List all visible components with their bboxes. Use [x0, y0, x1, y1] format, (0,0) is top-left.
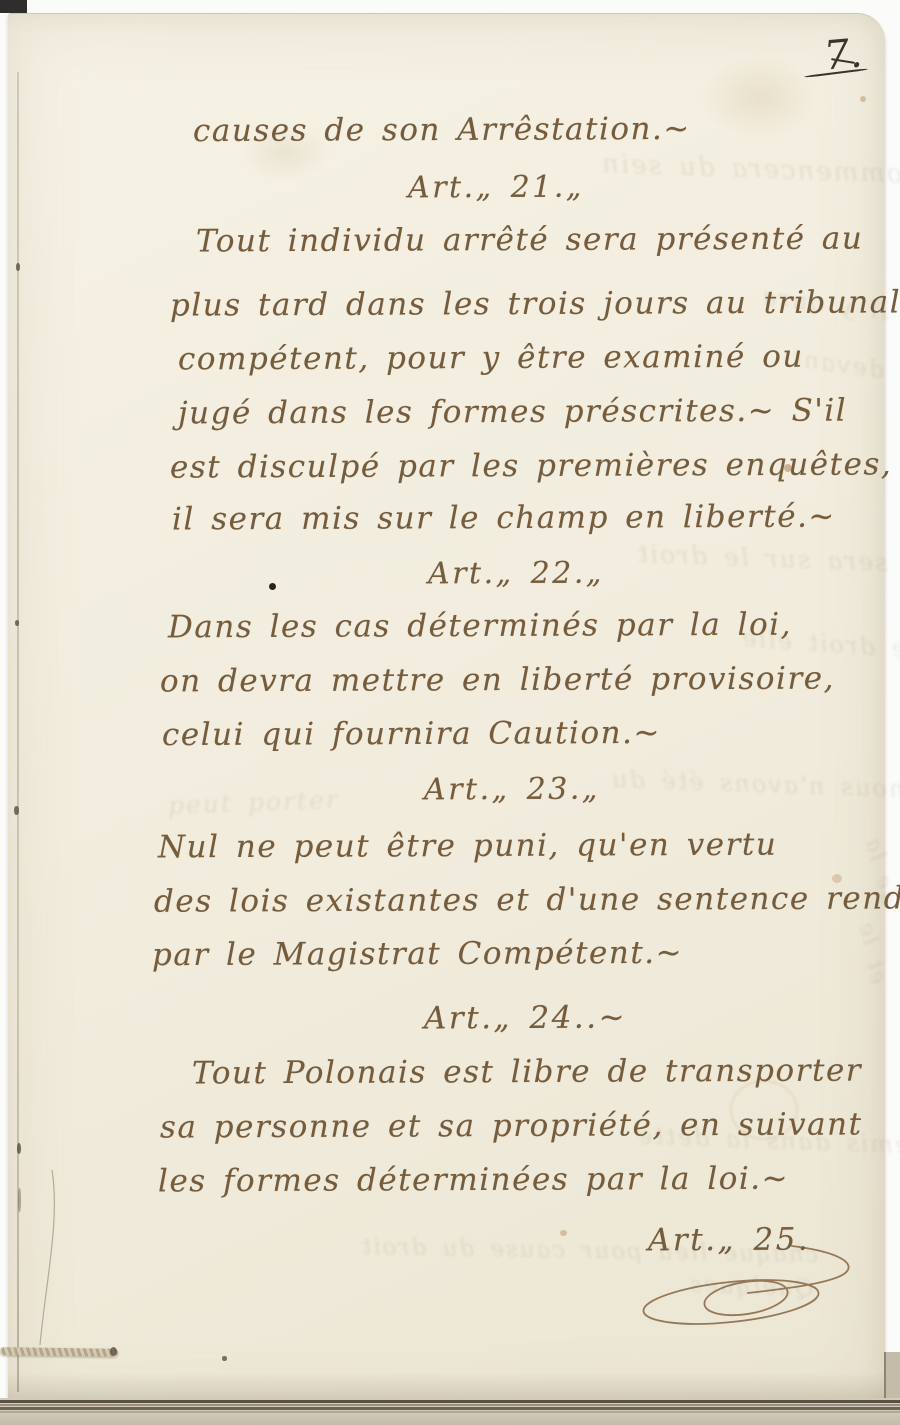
manuscript-line: Tout Polonais est libre de transporter	[192, 1053, 862, 1092]
article-heading: Art.„ 22.„	[428, 556, 604, 592]
binding-thread	[0, 1347, 118, 1357]
article-heading: Art.„ 25.	[648, 1222, 810, 1259]
stack-edge-line	[0, 1404, 900, 1406]
manuscript-line: causes de son Arrêstation.~	[193, 111, 691, 149]
manuscript-photo: 7. causes de son Arrêstation.~Art.„ 21.„…	[0, 0, 900, 1425]
manuscript-line: on devra mettre en liberté provisoire,	[160, 661, 835, 700]
manuscript-line: jugé dans les formes préscrites.~ S'il	[178, 393, 847, 432]
manuscript-line: les formes déterminées par la loi.~	[158, 1161, 789, 1200]
manuscript-line: plus tard dans les trois jours au tribun…	[170, 284, 900, 323]
stack-edge-line	[0, 1414, 900, 1425]
gutter-speck	[14, 806, 19, 815]
manuscript-line: celui qui fournira Caution.~	[162, 715, 661, 753]
manuscript-line: compétent, pour y être examiné ou	[178, 339, 804, 378]
binding-corner	[0, 0, 27, 13]
article-heading: Art.„ 23.„	[424, 772, 600, 808]
stack-edge-line	[0, 1411, 900, 1413]
article-heading: Art.„ 21.„	[408, 170, 584, 206]
stack-edge-line	[0, 1407, 900, 1410]
manuscript-line: sa personne et sa propriété, en suivant	[160, 1106, 863, 1145]
thread-hole	[110, 1347, 117, 1356]
article-heading: Art.„ 24..~	[424, 1000, 627, 1037]
loose-fibre	[20, 1160, 100, 1360]
manuscript-line: Nul ne peut être puni, qu'en vertu	[158, 827, 777, 866]
manuscript-line: Dans les cas déterminés par la loi,	[168, 607, 792, 646]
stack-edge-line	[0, 1400, 900, 1403]
gutter-speck	[15, 620, 19, 626]
manuscript-line: par le Magistrat Compétent.~	[152, 935, 683, 973]
manuscript-line: des lois existantes et d'une sentence re…	[154, 880, 900, 919]
bleedthrough-text: peut porter	[168, 785, 341, 820]
manuscript-line: est disculpé par les premières enquêtes,	[170, 446, 892, 485]
fly-speck	[222, 1356, 227, 1361]
page-bottom-shadow	[8, 1372, 885, 1398]
gutter-speck	[17, 1143, 21, 1154]
gutter-speck	[16, 263, 20, 271]
page-stack-edges	[0, 1398, 900, 1425]
ink-dot	[269, 583, 276, 590]
manuscript-line: Tout individu arrêté sera présenté au	[196, 221, 863, 260]
manuscript-line: il sera mis sur le champ en liberté.~	[172, 499, 836, 538]
